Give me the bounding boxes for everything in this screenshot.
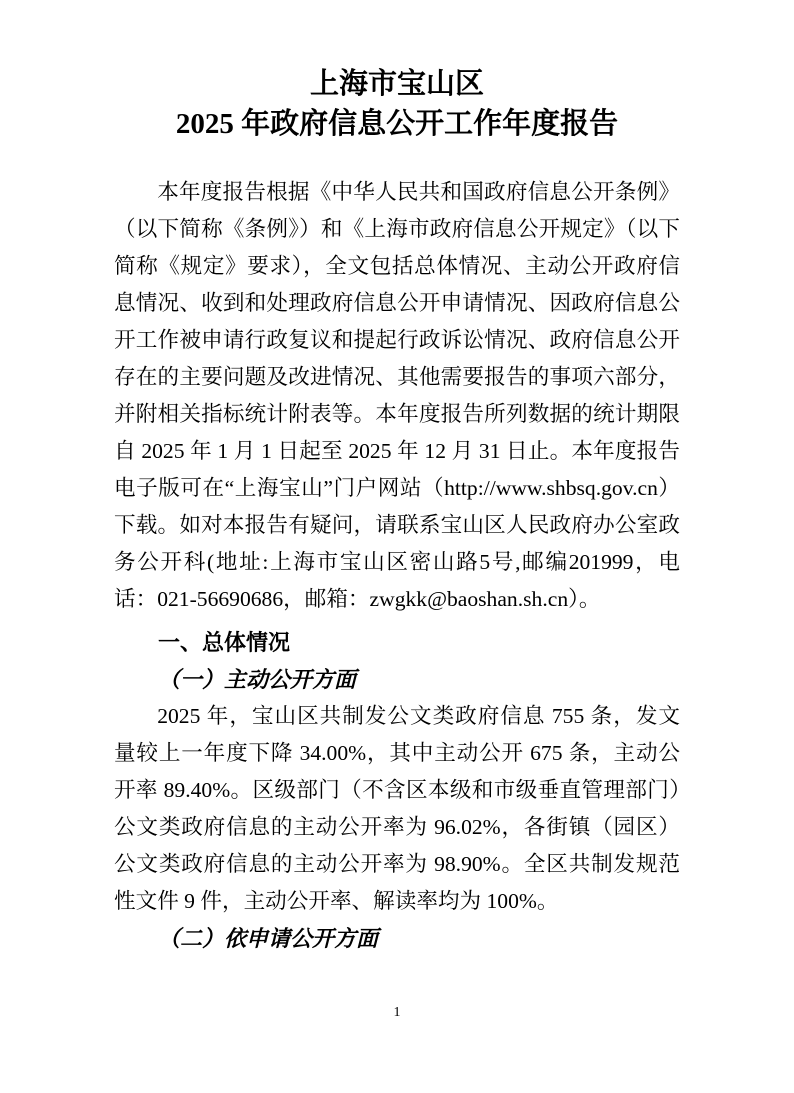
document-title: 上海市宝山区 2025 年政府信息公开工作年度报告 [114, 64, 680, 144]
page-number: 1 [0, 1003, 794, 1023]
document-title-line-1: 上海市宝山区 [114, 64, 680, 104]
page-content: 上海市宝山区 2025 年政府信息公开工作年度报告 本年度报告根据《中华人民共和… [114, 0, 680, 957]
document-page: 上海市宝山区 2025 年政府信息公开工作年度报告 本年度报告根据《中华人民共和… [0, 0, 794, 1093]
proactive-disclosure-paragraph: 2025 年，宝山区共制发公文类政府信息 755 条，发文量较上一年度下降 34… [114, 698, 680, 920]
subsection-heading-disclosure-upon-request: （二）依申请公开方面 [114, 920, 680, 957]
section-heading-overview: 一、总体情况 [114, 624, 680, 661]
document-title-line-2: 2025 年政府信息公开工作年度报告 [114, 104, 680, 144]
intro-paragraph: 本年度报告根据《中华人民共和国政府信息公开条例》（以下简称《条例》）和《上海市政… [114, 174, 680, 618]
subsection-heading-proactive-disclosure: （一）主动公开方面 [114, 661, 680, 698]
